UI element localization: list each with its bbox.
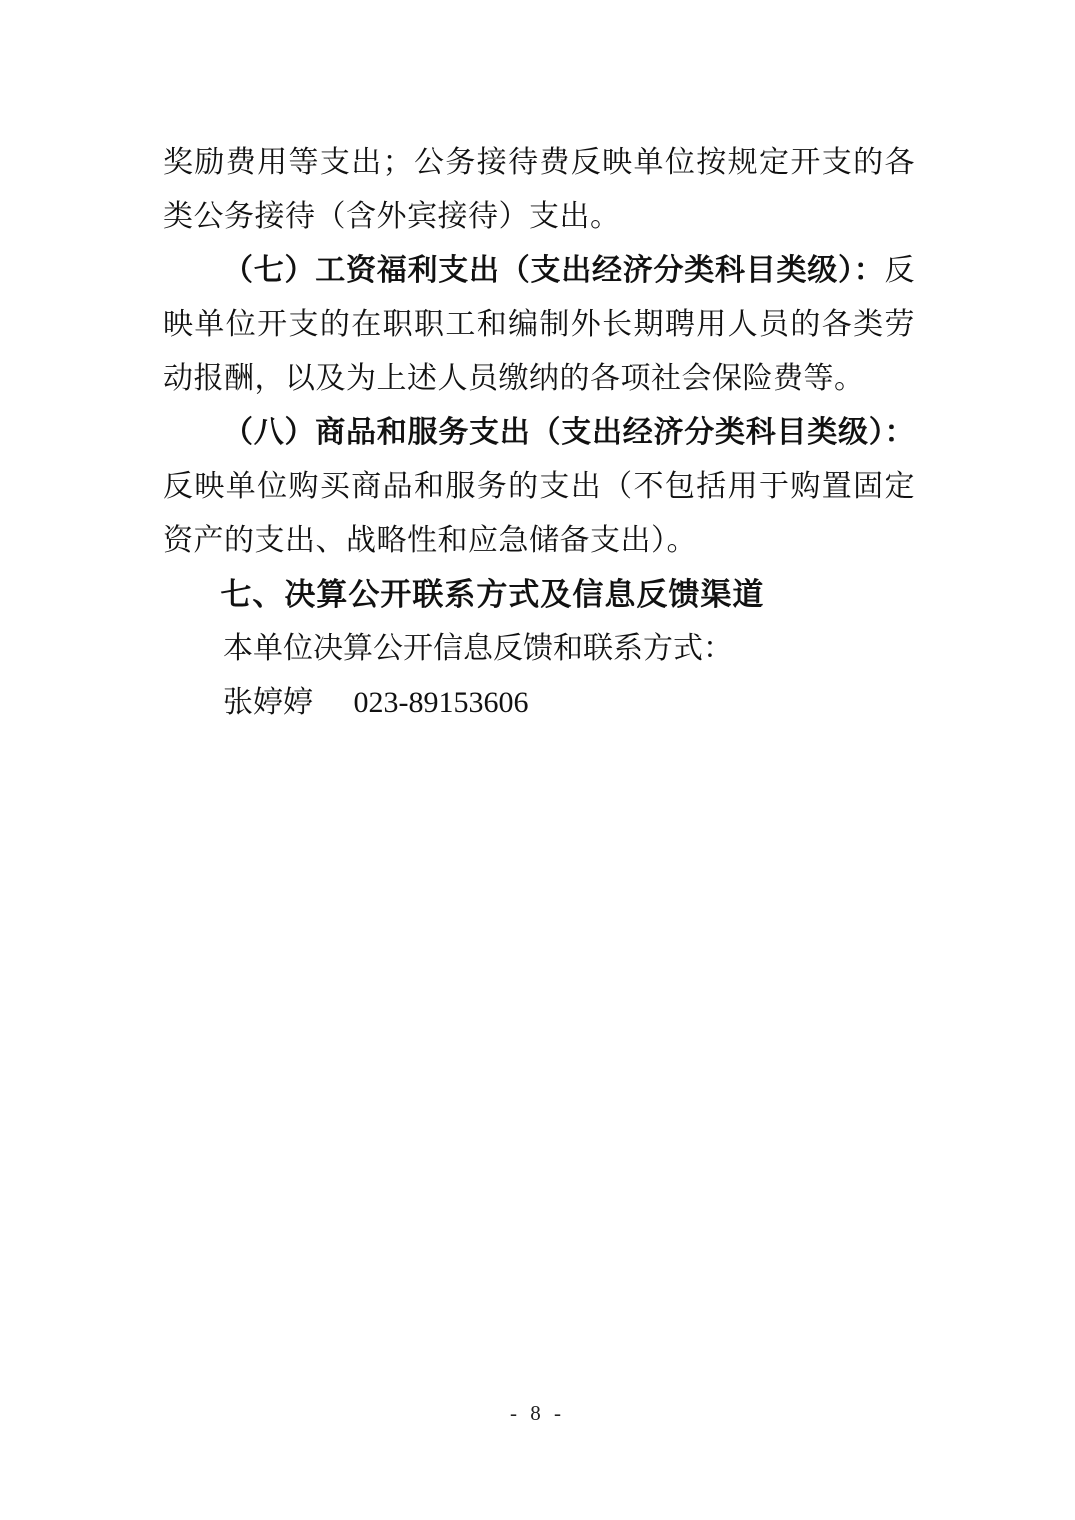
paragraph-item-8: （八）商品和服务支出（支出经济分类科目类级）：反映单位购买商品和服务的支出（不包… [163,406,915,568]
item-7-lead: （七）工资福利支出（支出经济分类科目类级）： [223,254,885,287]
item-8-lead: （八）商品和服务支出（支出经济分类科目类级）： [223,416,915,449]
contact-phone: 023-89153606 [354,686,529,719]
paragraph-continuation: 奖励费用等支出；公务接待费反映单位按规定开支的各类公务接待（含外宾接待）支出。 [163,136,915,244]
document-content: 奖励费用等支出；公务接待费反映单位按规定开支的各类公务接待（含外宾接待）支出。 … [163,136,915,730]
page-number: - 8 - [0,1398,1075,1428]
contact-line: 张婷婷023-89153606 [163,676,915,730]
paragraph-item-7: （七）工资福利支出（支出经济分类科目类级）：反映单位开支的在职职工和编制外长期聘… [163,244,915,406]
document-page: 奖励费用等支出；公务接待费反映单位按规定开支的各类公务接待（含外宾接待）支出。 … [0,0,1075,1520]
section-7-heading: 七、决算公开联系方式及信息反馈渠道 [163,568,915,622]
contact-intro: 本单位决算公开信息反馈和联系方式： [163,622,915,676]
contact-name: 张婷婷 [223,686,313,719]
item-8-body: 反映单位购买商品和服务的支出（不包括用于购置固定资产的支出、战略性和应急储备支出… [163,470,915,557]
